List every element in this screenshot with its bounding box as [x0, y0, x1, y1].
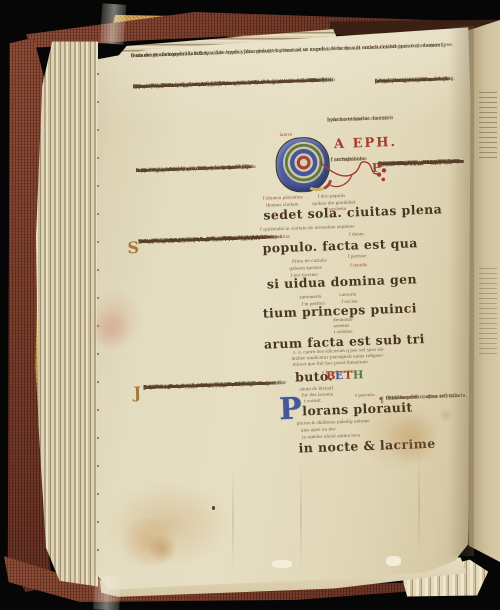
interlinear-gloss: firme de curialis — [292, 258, 327, 264]
interlinear-gloss: mirest que fiut hec parat fenestuno. — [293, 360, 370, 367]
text-line: A V I · — [143, 384, 158, 392]
manuscript-photo: S uis dei psens corporalis sub qua fide … — [0, 0, 500, 610]
interlinear-gloss: f duo populis — [318, 194, 346, 200]
text-line: neterus. uenit in solia dicamus. l. stud… — [133, 78, 322, 92]
side-gloss: f archidiabolusf corruptiones — [330, 156, 374, 169]
text-line: uoluerit missa i. d. — [136, 166, 181, 175]
beth-letter-h: H — [353, 368, 365, 381]
text-block: S uis dei psens corporalis sub qua fide … — [0, 0, 500, 610]
right-commentary-para1: Allegorice. Quomodo sedet t. e.Justitie.… — [375, 76, 461, 139]
interlinear-gloss: carsuris — [339, 292, 356, 297]
text-line: hec ruinam plangit. Quomodo sedet. f. e. — [138, 236, 238, 247]
text-line: subimmune l. subiugauere. — [375, 76, 442, 86]
note-above-aleph: Inde hortemur ac dicamus ib:hymnos et la… — [327, 115, 393, 128]
interlinear-gloss: f spiritualis in ciuitate de ierusalem s… — [260, 224, 355, 232]
top-continuation-lines: S uis dei psens corporalis sub qua fide … — [131, 42, 462, 78]
text-line: hymnos et laudes. cantor in lectulo. — [327, 115, 393, 124]
left-commentary-block-c: Jude floreat. u. i. u. Lacrime sydonie: … — [143, 380, 296, 487]
pink-stain — [90, 308, 130, 352]
interlinear-gloss: f idumea plorantes — [263, 195, 303, 201]
interlinear-gloss: s percote. — [355, 393, 376, 398]
blue-initial-p: P — [279, 394, 303, 425]
flourish-initial-j: J — [133, 383, 141, 402]
text-line: romana. et alleluia de I L E C S. — [131, 50, 209, 60]
interlinear-gloss: gabaon sponsis — [289, 266, 322, 272]
aleph-heading: A EPH. — [334, 135, 398, 152]
interlinear-gloss: f perisse — [348, 254, 366, 259]
interlinear-gloss: plures & shildeme paladig anteme — [297, 419, 370, 426]
flourish-initial-s: S — [127, 238, 139, 257]
rubric-caption: lamve — [280, 133, 293, 138]
interlinear-gloss: ales aper un der — [301, 427, 336, 433]
tan-stain-bottom-dark — [146, 536, 178, 562]
text-line: f corruptiones — [330, 156, 365, 164]
tan-stain-small — [438, 408, 454, 422]
interlinear-gloss: simumerls — [299, 295, 321, 300]
text-line: patientia et suprimum flendo dauid ab he… — [143, 381, 257, 392]
interlinear-gloss: f inuidis — [350, 263, 367, 268]
tan-stain-right — [384, 412, 442, 464]
right-commentary-para2: Post morales. Quando. t. riJhs sedet ciu… — [378, 159, 472, 384]
